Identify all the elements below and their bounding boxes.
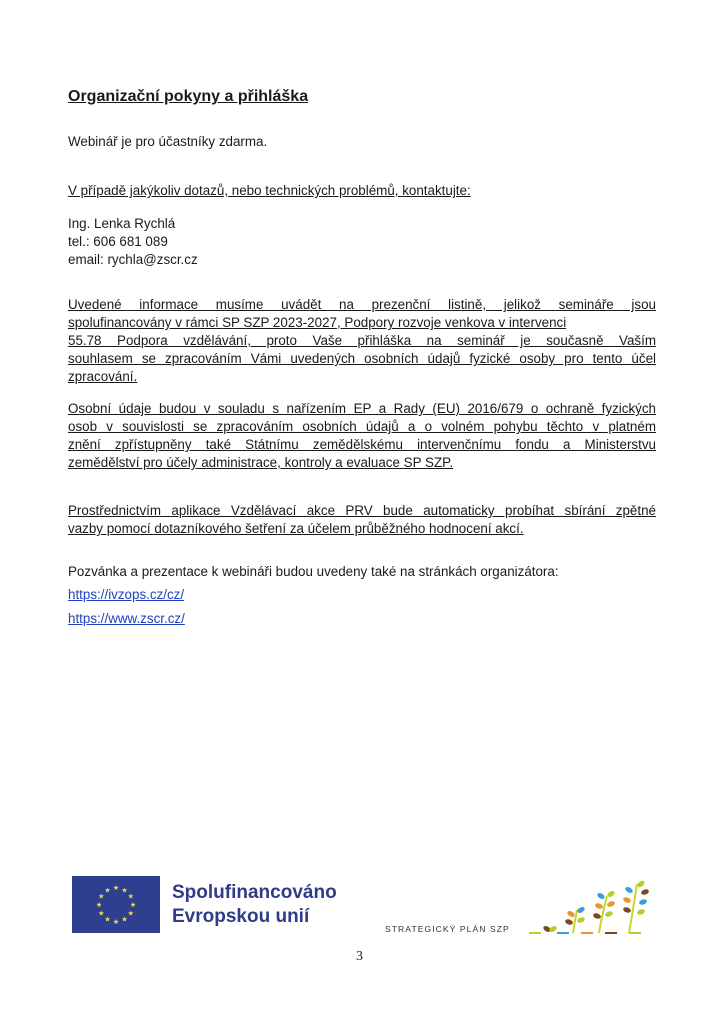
- feedback-paragraph: Prostřednictvím aplikace Vzdělávací akce…: [68, 502, 656, 538]
- gdpr-line: osob v souvislosti se zpracováním osobní…: [68, 418, 656, 436]
- gdpr-line: Osobní údaje budou v souladu s nařízením…: [68, 400, 656, 418]
- feedback-line: vazby pomocí dotazníkového šetření za úč…: [68, 520, 656, 538]
- svg-text:★: ★: [98, 910, 104, 918]
- link-zscr[interactable]: https://www.zscr.cz/: [68, 611, 185, 626]
- szp-logo-label: STRATEGICKÝ PLÁN SZP: [385, 924, 510, 934]
- gdpr-line: znění zpřístupněny také Státnímu zeměděl…: [68, 436, 656, 454]
- contact-phone: tel.: 606 681 089: [68, 233, 656, 251]
- contact-name: Ing. Lenka Rychlá: [68, 215, 656, 233]
- eu-logo-text: Spolufinancováno Evropskou unií: [172, 881, 337, 929]
- consent-line: zpracování.: [68, 368, 656, 386]
- link-zscr-row: https://www.zscr.cz/: [68, 610, 656, 628]
- eu-cofinanced-logo: ★★★★★★★★★★★★ Spolufinancováno Evropskou …: [72, 876, 372, 934]
- consent-paragraph: Uvedené informace musíme uvádět na preze…: [68, 296, 656, 386]
- consent-line: 55.78 Podpora vzdělávání, proto Vaše při…: [68, 332, 656, 350]
- page-number: 3: [356, 949, 363, 965]
- svg-text:★: ★: [104, 916, 110, 924]
- consent-line: spolufinancovány v rámci SP SZP 2023-202…: [68, 314, 656, 332]
- svg-text:★: ★: [113, 918, 119, 926]
- eu-logo-line2: Evropskou unií: [172, 905, 337, 929]
- svg-text:★: ★: [130, 901, 136, 909]
- svg-text:★: ★: [128, 910, 134, 918]
- invitation-note: Pozvánka a prezentace k webináři budou u…: [68, 563, 656, 581]
- link-ivzops-row: https://ivzops.cz/cz/: [68, 586, 656, 604]
- contact-intro: V případě jakýkoliv dotazů, nebo technic…: [68, 182, 656, 200]
- svg-text:★: ★: [96, 901, 102, 909]
- eu-flag-icon: ★★★★★★★★★★★★: [72, 876, 160, 933]
- svg-text:★: ★: [113, 884, 119, 892]
- feedback-line: Prostřednictvím aplikace Vzdělávací akce…: [68, 502, 656, 520]
- eu-logo-line1: Spolufinancováno: [172, 881, 337, 905]
- gdpr-line: zemědělství pro účely administrace, kont…: [68, 454, 656, 472]
- page-title: Organizační pokyny a přihláška: [68, 88, 308, 106]
- svg-text:★: ★: [121, 916, 127, 924]
- strategic-plan-logo: STRATEGICKÝ PLÁN SZP: [385, 880, 665, 940]
- contact-block: Ing. Lenka Rychlá tel.: 606 681 089 emai…: [68, 215, 656, 269]
- consent-line: Uvedené informace musíme uvádět na preze…: [68, 296, 656, 314]
- gdpr-paragraph: Osobní údaje budou v souladu s nařízením…: [68, 400, 656, 472]
- growing-plants-icon: [525, 880, 665, 940]
- svg-text:★: ★: [128, 893, 134, 901]
- link-ivzops[interactable]: https://ivzops.cz/cz/: [68, 587, 184, 602]
- free-notice: Webinář je pro účastníky zdarma.: [68, 133, 656, 151]
- svg-text:★: ★: [104, 886, 110, 894]
- contact-email: email: rychla@zscr.cz: [68, 251, 656, 269]
- consent-line: souhlasem se zpracováním Vámi uvedených …: [68, 350, 656, 368]
